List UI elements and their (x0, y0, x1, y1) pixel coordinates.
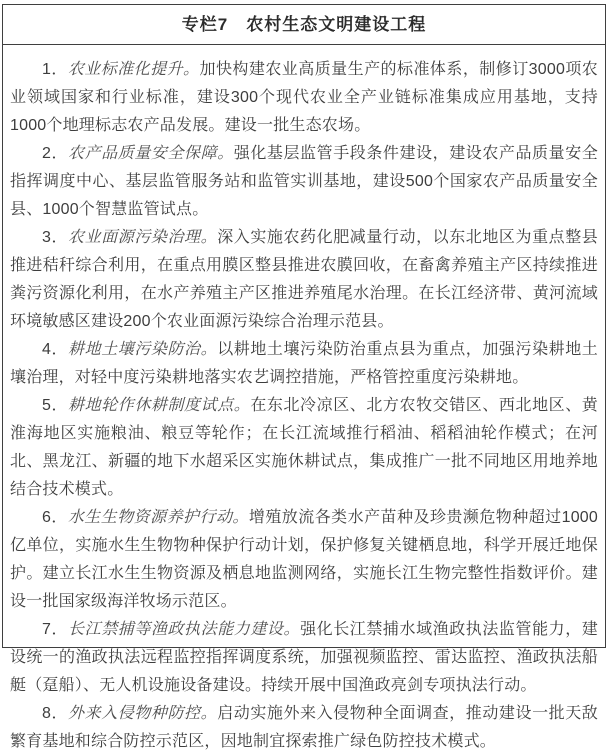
item-paragraph-8: 8．外来入侵物种防控。启动实施外来入侵物种全面调查，推动建设一批天敌繁育基地和综… (10, 700, 598, 756)
item-heading: 耕地土壤污染防治。 (68, 341, 217, 358)
item-paragraph-7: 7．长江禁捕等渔政执法能力建设。强化长江禁捕水域渔政执法监管能力，建设统一的渔政… (10, 616, 598, 700)
item-number: 8． (42, 705, 68, 722)
item-heading: 长江禁捕等渔政执法能力建设。 (68, 621, 300, 638)
item-heading: 耕地轮作休耕制度试点。 (68, 397, 250, 414)
item-paragraph-5: 5．耕地轮作休耕制度试点。在东北冷凉区、北方农牧交错区、西北地区、黄淮海地区实施… (10, 392, 598, 504)
item-number: 5． (42, 397, 68, 414)
item-heading: 外来入侵物种防控。 (68, 705, 217, 722)
column-panel: 专栏7 农村生态文明建设工程 1．农业标准化提升。加快构建农业高质量生产的标准体… (2, 4, 606, 648)
item-number: 3． (42, 229, 68, 246)
item-number: 4． (42, 341, 68, 358)
item-heading: 农业标准化提升。 (68, 61, 200, 78)
panel-title: 专栏7 农村生态文明建设工程 (3, 5, 605, 45)
item-heading: 农产品质量安全保障。 (68, 145, 234, 162)
item-heading: 水生生物资源养护行动。 (68, 509, 249, 526)
panel-body: 1．农业标准化提升。加快构建农业高质量生产的标准体系，制修订3000项农业领域国… (3, 45, 605, 756)
item-paragraph-2: 2．农产品质量安全保障。强化基层监管手段条件建设，建设农产品质量安全指挥调度中心… (10, 140, 598, 224)
item-paragraph-1: 1．农业标准化提升。加快构建农业高质量生产的标准体系，制修订3000项农业领域国… (10, 56, 598, 140)
item-paragraph-6: 6．水生生物资源养护行动。增殖放流各类水产苗种及珍贵濒危物种超过1000亿单位，… (10, 504, 598, 616)
item-number: 7． (42, 621, 68, 638)
item-heading: 农业面源污染治理。 (68, 229, 217, 246)
item-number: 1． (42, 61, 68, 78)
item-paragraph-4: 4．耕地土壤污染防治。以耕地土壤污染防治重点县为重点，加强污染耕地土壤治理，对轻… (10, 336, 598, 392)
item-number: 6． (42, 509, 68, 526)
item-paragraph-3: 3．农业面源污染治理。深入实施农药化肥减量行动，以东北地区为重点整县推进秸秆综合… (10, 224, 598, 336)
item-number: 2． (42, 145, 68, 162)
